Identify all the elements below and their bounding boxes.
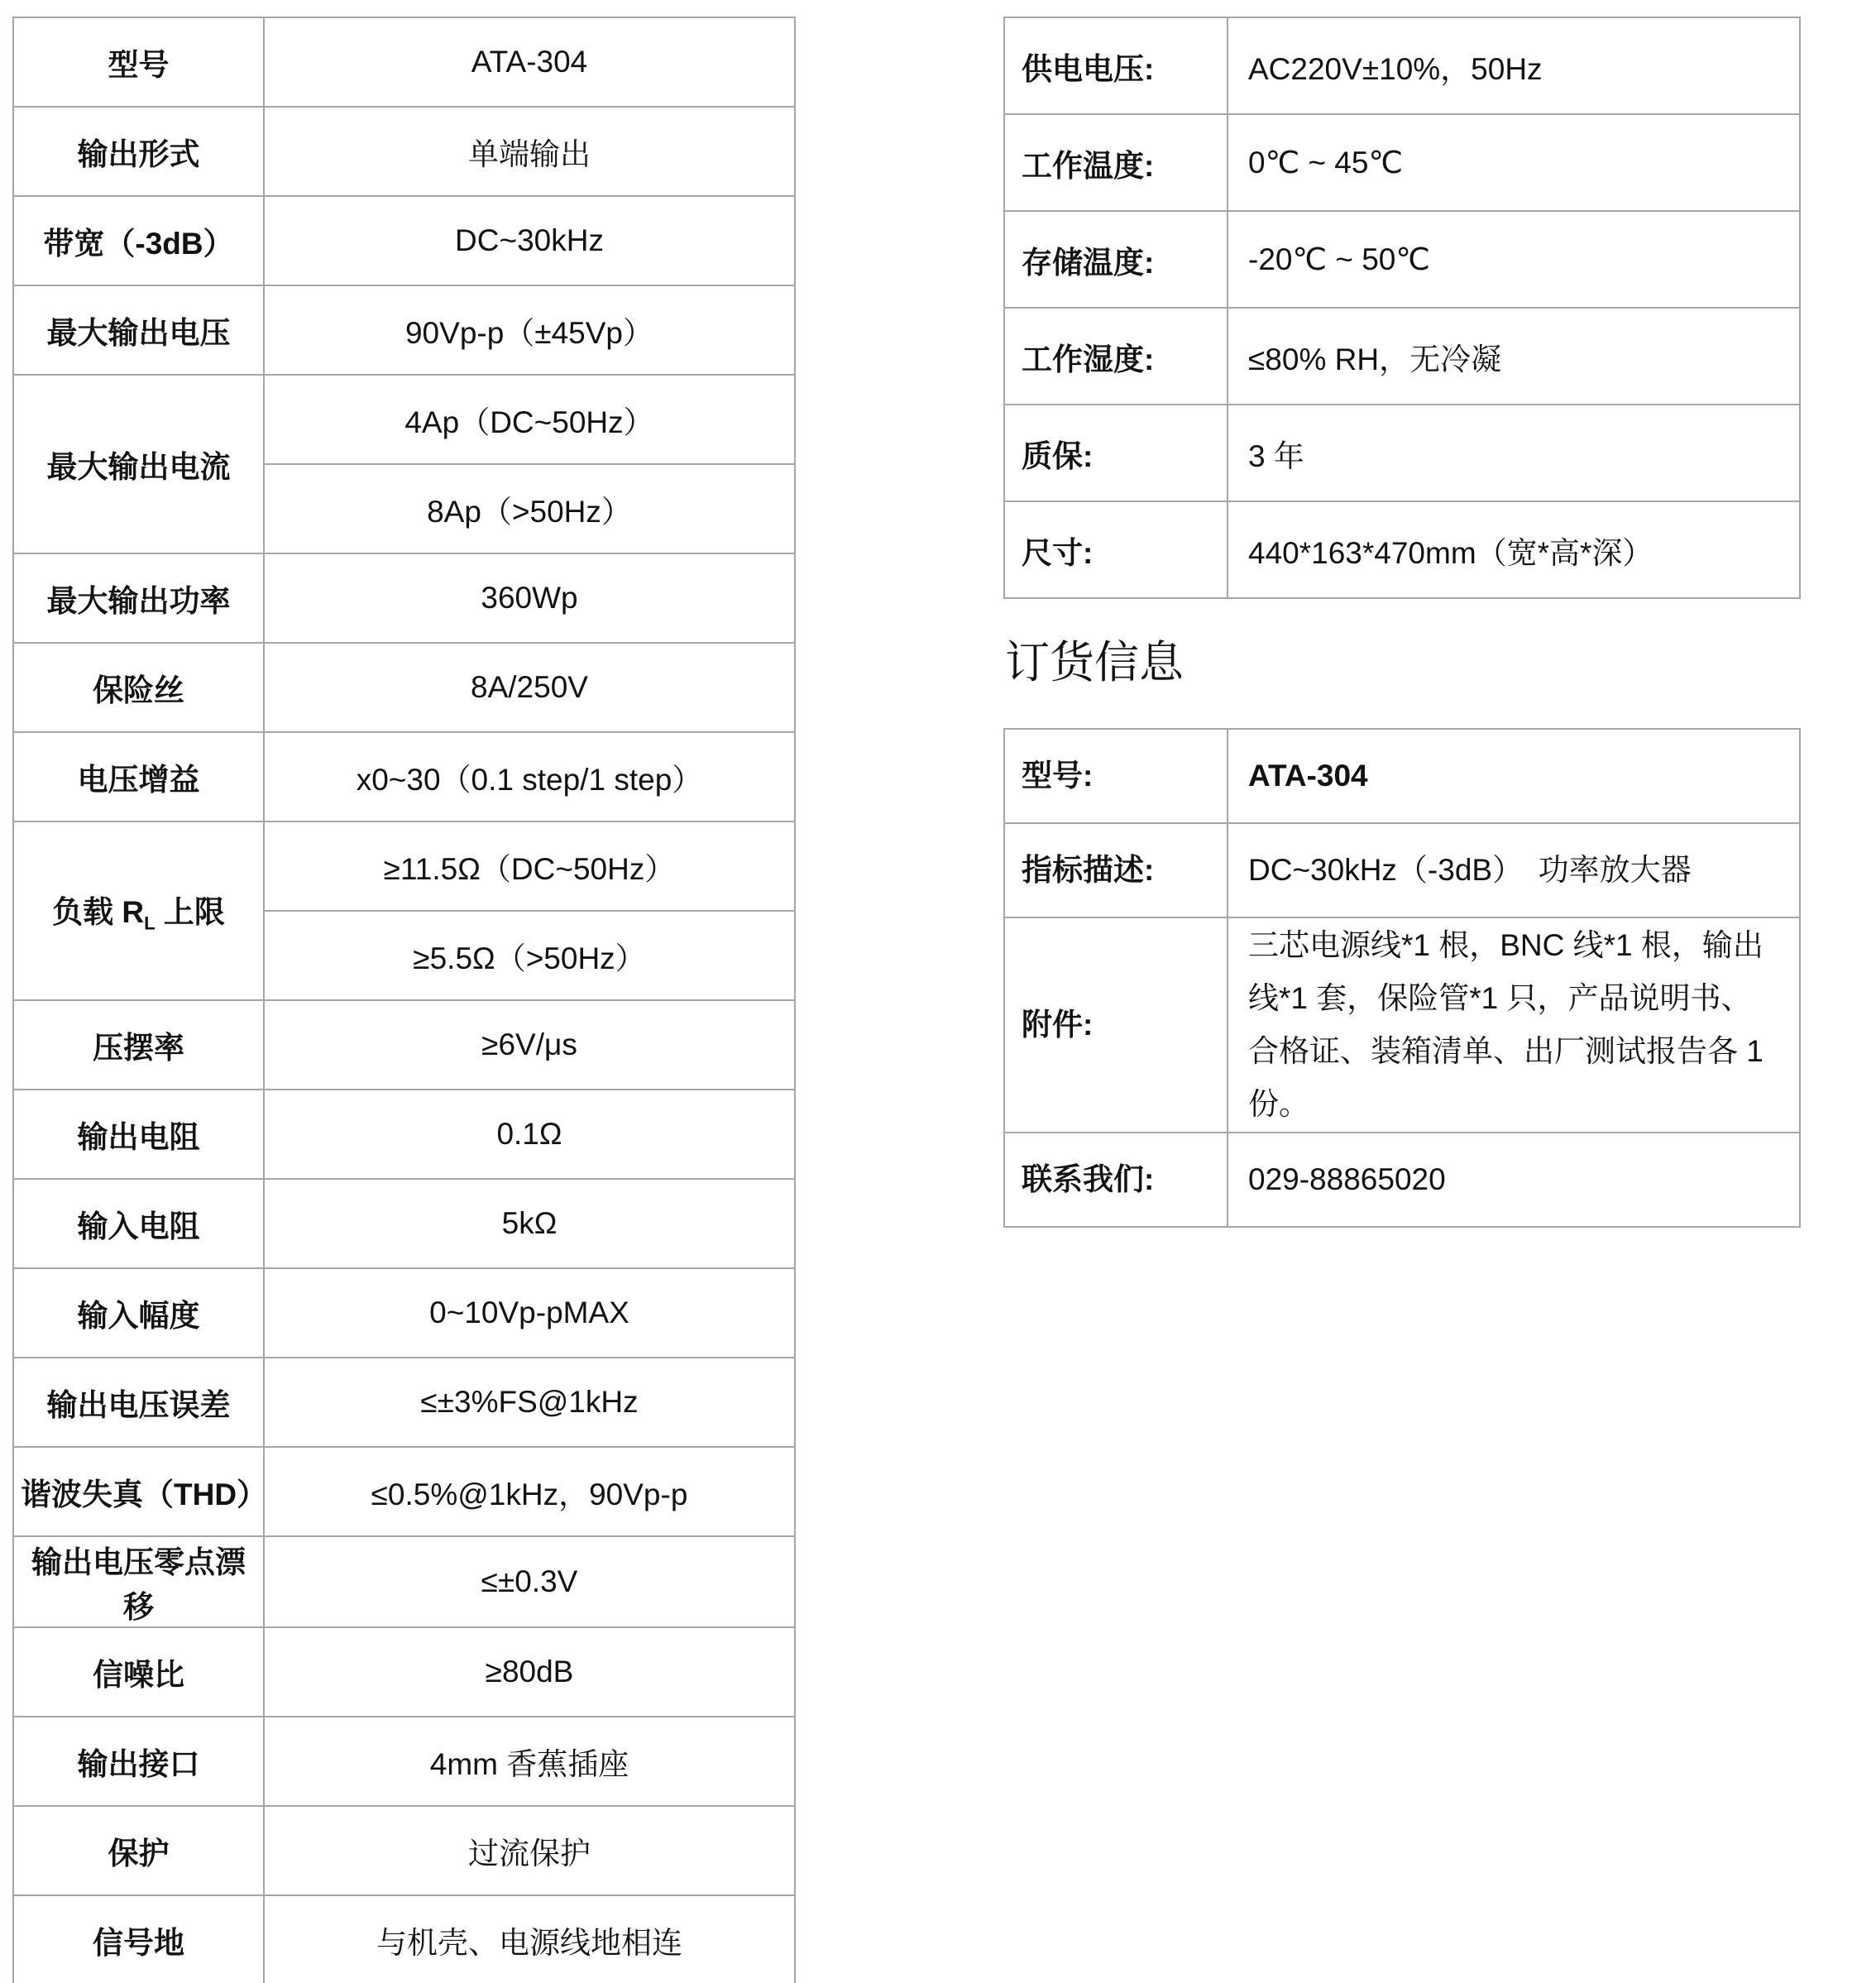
table-row: 型号:ATA-304 <box>1004 729 1800 823</box>
spec-value: 过流保护 <box>264 1806 795 1895</box>
field-label: 型号: <box>1004 729 1228 823</box>
spec-value: 90Vp-p（±45Vp） <box>264 285 795 375</box>
spec-label: 输出电压零点漂移 <box>13 1536 264 1627</box>
spec-label: 信号地 <box>13 1895 264 1983</box>
table-row: 供电电压:AC220V±10%，50Hz <box>1004 17 1800 114</box>
field-value: ≤80% RH，无冷凝 <box>1228 308 1800 405</box>
spec-label: 输出电压误差 <box>13 1358 264 1447</box>
spec-label-text: 输出电阻 <box>78 1120 200 1154</box>
spec-label-text: 输出形式 <box>78 137 200 171</box>
spec-label-text: 最大输出电流 <box>47 450 231 484</box>
spec-value: ≥11.5Ω（DC~50Hz） <box>264 821 795 911</box>
environment-table: 供电电压:AC220V±10%，50Hz工作温度:0℃ ~ 45℃存储温度:-2… <box>1003 17 1801 599</box>
table-row: 输出电阻0.1Ω <box>13 1090 795 1179</box>
spec-value: ≤0.5%@1kHz，90Vp-p <box>264 1447 795 1536</box>
table-row: 保险丝8A/250V <box>13 643 795 732</box>
spec-value: DC~30kHz <box>264 196 795 285</box>
spec-label-text: 保险丝 <box>93 673 184 707</box>
table-row: 输入幅度0~10Vp-pMAX <box>13 1268 795 1358</box>
spec-label: 最大输出功率 <box>13 553 264 643</box>
table-row: 输出形式单端输出 <box>13 107 795 196</box>
table-row: 联系我们:029-88865020 <box>1004 1133 1800 1227</box>
table-row: 尺寸:440*163*470mm（宽*高*深） <box>1004 501 1800 598</box>
right-column: 供电电压:AC220V±10%，50Hz工作温度:0℃ ~ 45℃存储温度:-2… <box>1003 17 1799 1228</box>
spec-value: ≥80dB <box>264 1627 795 1717</box>
spec-value: 4Ap（DC~50Hz） <box>264 375 795 464</box>
spec-label-text: 信噪比 <box>93 1658 184 1692</box>
field-label: 质保: <box>1004 405 1228 501</box>
field-value: 029-88865020 <box>1228 1133 1800 1227</box>
order-table-body: 型号:ATA-304指标描述:DC~30kHz（-3dB） 功率放大器附件:三芯… <box>1004 729 1800 1227</box>
spec-label-text: 输出接口 <box>78 1747 200 1781</box>
table-row: 工作湿度:≤80% RH，无冷凝 <box>1004 308 1800 405</box>
table-row: 谐波失真（THD）≤0.5%@1kHz，90Vp-p <box>13 1447 795 1536</box>
table-row: 输出电压零点漂移≤±0.3V <box>13 1536 795 1627</box>
spec-value: 360Wp <box>264 553 795 643</box>
spec-value: 0.1Ω <box>264 1090 795 1179</box>
spec-label: 输出接口 <box>13 1717 264 1806</box>
spec-label-text: 输出电压零点漂移 <box>31 1545 246 1624</box>
spec-value: 8Ap（>50Hz） <box>264 464 795 553</box>
table-row: 最大输出电压90Vp-p（±45Vp） <box>13 285 795 375</box>
table-row: 型号ATA-304 <box>13 17 795 107</box>
spec-label: 最大输出电流 <box>13 375 264 553</box>
field-value: 0℃ ~ 45℃ <box>1228 114 1800 211</box>
table-row: 压摆率≥6V/μs <box>13 1000 795 1090</box>
spec-label: 谐波失真（THD） <box>13 1447 264 1536</box>
spec-label-suffix: 上限 <box>156 895 225 929</box>
field-label: 供电电压: <box>1004 17 1228 114</box>
spec-label-text: 保护 <box>108 1837 170 1870</box>
spec-label: 负载 RL 上限 <box>13 821 264 1000</box>
spec-label-text: 带宽（-3dB） <box>43 227 233 261</box>
table-row: 保护过流保护 <box>13 1806 795 1895</box>
ordering-table: 型号:ATA-304指标描述:DC~30kHz（-3dB） 功率放大器附件:三芯… <box>1003 728 1801 1228</box>
spec-label: 输出形式 <box>13 107 264 196</box>
spec-value: x0~30（0.1 step/1 step） <box>264 732 795 821</box>
field-label: 联系我们: <box>1004 1133 1228 1227</box>
field-value: DC~30kHz（-3dB） 功率放大器 <box>1228 823 1800 917</box>
spec-label: 保护 <box>13 1806 264 1895</box>
spec-label: 压摆率 <box>13 1000 264 1090</box>
spec-label-text: 输入幅度 <box>78 1299 200 1333</box>
spec-label: 最大输出电压 <box>13 285 264 375</box>
field-value: 440*163*470mm（宽*高*深） <box>1228 501 1800 598</box>
ordering-heading: 订货信息 <box>1005 637 1799 688</box>
spec-label: 输入幅度 <box>13 1268 264 1358</box>
spec-value: 0~10Vp-pMAX <box>264 1268 795 1358</box>
table-row: 工作温度:0℃ ~ 45℃ <box>1004 114 1800 211</box>
spec-value: 8A/250V <box>264 643 795 732</box>
table-row: 信噪比≥80dB <box>13 1627 795 1717</box>
spec-label-text: 型号 <box>108 48 170 82</box>
field-value: 三芯电源线*1 根，BNC 线*1 根，输出线*1 套，保险管*1 只，产品说明… <box>1228 917 1800 1133</box>
spec-label-text: 输出电压误差 <box>47 1388 231 1422</box>
field-label: 工作温度: <box>1004 114 1228 211</box>
spec-table-body: 型号ATA-304输出形式单端输出带宽（-3dB）DC~30kHz最大输出电压9… <box>13 17 795 1983</box>
spec-label: 输出电阻 <box>13 1090 264 1179</box>
spec-label-text: 信号地 <box>93 1926 184 1960</box>
env-table-body: 供电电压:AC220V±10%，50Hz工作温度:0℃ ~ 45℃存储温度:-2… <box>1004 17 1800 598</box>
spec-table: 型号ATA-304输出形式单端输出带宽（-3dB）DC~30kHz最大输出电压9… <box>12 17 796 1983</box>
spec-value: 4mm 香蕉插座 <box>264 1717 795 1806</box>
spec-label-text: 谐波失真（THD） <box>21 1478 264 1511</box>
spec-label: 保险丝 <box>13 643 264 732</box>
field-value: -20℃ ~ 50℃ <box>1228 211 1800 308</box>
spec-value: ≥6V/μs <box>264 1000 795 1090</box>
spec-label-text: 负载 R <box>52 895 144 929</box>
spec-value: 单端输出 <box>264 107 795 196</box>
spec-label-text: 输入电阻 <box>78 1209 200 1243</box>
spec-label: 型号 <box>13 17 264 107</box>
table-row: 输出接口4mm 香蕉插座 <box>13 1717 795 1806</box>
table-row: 电压增益x0~30（0.1 step/1 step） <box>13 732 795 821</box>
field-label: 指标描述: <box>1004 823 1228 917</box>
spec-label: 信噪比 <box>13 1627 264 1717</box>
field-value: ATA-304 <box>1228 729 1800 823</box>
spec-label-text: 压摆率 <box>93 1031 184 1065</box>
spec-value: ≥5.5Ω（>50Hz） <box>264 911 795 1000</box>
table-row: 最大输出电流4Ap（DC~50Hz） <box>13 375 795 464</box>
field-label: 尺寸: <box>1004 501 1228 598</box>
spec-value: 与机壳、电源线地相连 <box>264 1895 795 1983</box>
spec-label-text: 最大输出电压 <box>47 316 231 350</box>
spec-value: ≤±0.3V <box>264 1536 795 1627</box>
table-row: 附件:三芯电源线*1 根，BNC 线*1 根，输出线*1 套，保险管*1 只，产… <box>1004 917 1800 1133</box>
table-row: 指标描述:DC~30kHz（-3dB） 功率放大器 <box>1004 823 1800 917</box>
spec-table-section: 型号ATA-304输出形式单端输出带宽（-3dB）DC~30kHz最大输出电压9… <box>12 17 796 1983</box>
spec-sheet-page: { "colors": { "border": "#a6a6a6", "text… <box>0 0 1876 1983</box>
field-value: AC220V±10%，50Hz <box>1228 17 1800 114</box>
field-label: 存储温度: <box>1004 211 1228 308</box>
table-row: 输出电压误差≤±3%FS@1kHz <box>13 1358 795 1447</box>
spec-value: ATA-304 <box>264 17 795 107</box>
table-row: 负载 RL 上限≥11.5Ω（DC~50Hz） <box>13 821 795 911</box>
spec-value: 5kΩ <box>264 1179 795 1268</box>
table-row: 带宽（-3dB）DC~30kHz <box>13 196 795 285</box>
spec-label-text: 电压增益 <box>78 763 200 797</box>
spec-label-subscript: L <box>144 913 156 934</box>
table-row: 信号地与机壳、电源线地相连 <box>13 1895 795 1983</box>
table-row: 质保:3 年 <box>1004 405 1800 501</box>
table-row: 输入电阻5kΩ <box>13 1179 795 1268</box>
spec-label: 输入电阻 <box>13 1179 264 1268</box>
field-value: 3 年 <box>1228 405 1800 501</box>
spec-label: 带宽（-3dB） <box>13 196 264 285</box>
table-row: 最大输出功率360Wp <box>13 553 795 643</box>
spec-value: ≤±3%FS@1kHz <box>264 1358 795 1447</box>
spec-label: 电压增益 <box>13 732 264 821</box>
table-row: 存储温度:-20℃ ~ 50℃ <box>1004 211 1800 308</box>
spec-label-text: 最大输出功率 <box>47 584 231 618</box>
field-label: 工作湿度: <box>1004 308 1228 405</box>
field-label: 附件: <box>1004 917 1228 1133</box>
